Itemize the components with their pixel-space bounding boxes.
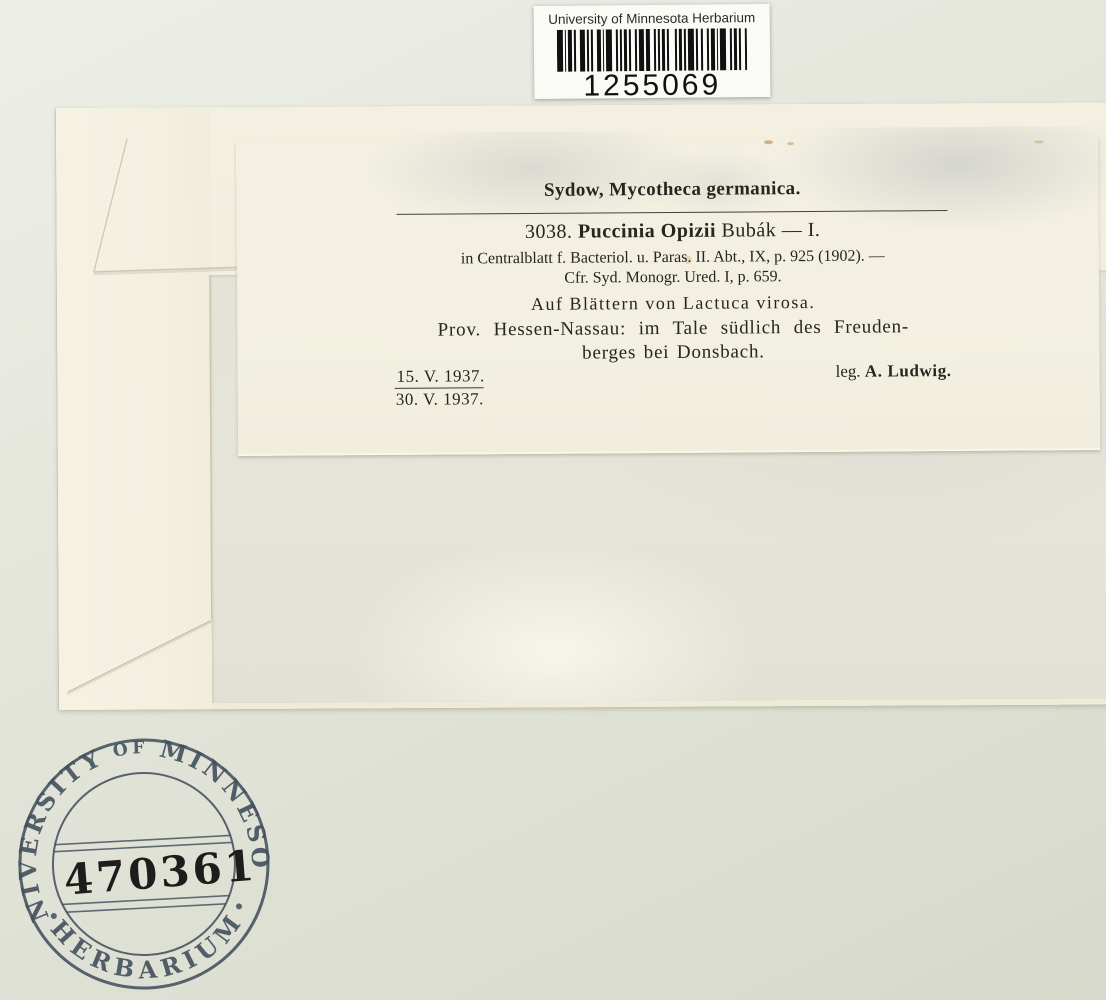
herbarium-stamp: UNIVERSITYOFMINNESOTA HERBARIUM 470361 <box>0 723 297 1000</box>
locality-line-1: Prov. Hessen-Nassau: im Tale südlich des… <box>395 316 951 342</box>
barcode-institution: University of Minnesota Herbarium <box>534 10 770 27</box>
collection-number: 3038. <box>525 221 573 243</box>
series-title: Sydow, Mycotheca germanica. <box>394 177 950 203</box>
collection-date-2: 30. V. 1937. <box>396 389 484 410</box>
title-rule <box>397 210 948 215</box>
species-name: Puccinia Opizii <box>578 220 716 243</box>
stamp-bottom-arc-text: HERBARIUM <box>44 904 253 989</box>
specimen-label: Sydow, Mycotheca germanica. 3038. Puccin… <box>236 136 1100 456</box>
citation-line-1: in Centralblatt f. Bacteriol. u. Paras. … <box>395 247 951 269</box>
photo-surface: Sydow, Mycotheca germanica. 3038. Puccin… <box>0 0 1106 1000</box>
citation-line-2: Cfr. Syd. Monogr. Ured. I, p. 659. <box>395 267 951 289</box>
foxing-spot <box>1034 140 1044 143</box>
label-stain <box>366 131 697 225</box>
foxing-spot <box>764 140 773 144</box>
barcode <box>557 28 747 72</box>
stamp-band-line <box>66 904 226 912</box>
foxing-spot <box>787 142 794 145</box>
leg-prefix: leg. <box>835 362 864 381</box>
barcode-label: University of Minnesota Herbarium 125506… <box>534 4 771 99</box>
substrate-line: Auf Blättern von Lactuca virosa. <box>395 291 951 316</box>
species-authority: Bubák — I. <box>721 219 820 242</box>
collector-line: leg. A. Ludwig. <box>396 361 952 385</box>
stamp-separator-dot <box>236 903 242 909</box>
barcode-number: 1255069 <box>534 68 770 104</box>
collector-name: A. Ludwig. <box>865 361 952 381</box>
species-line: 3038. Puccinia Opizii Bubák — I. <box>395 218 951 245</box>
